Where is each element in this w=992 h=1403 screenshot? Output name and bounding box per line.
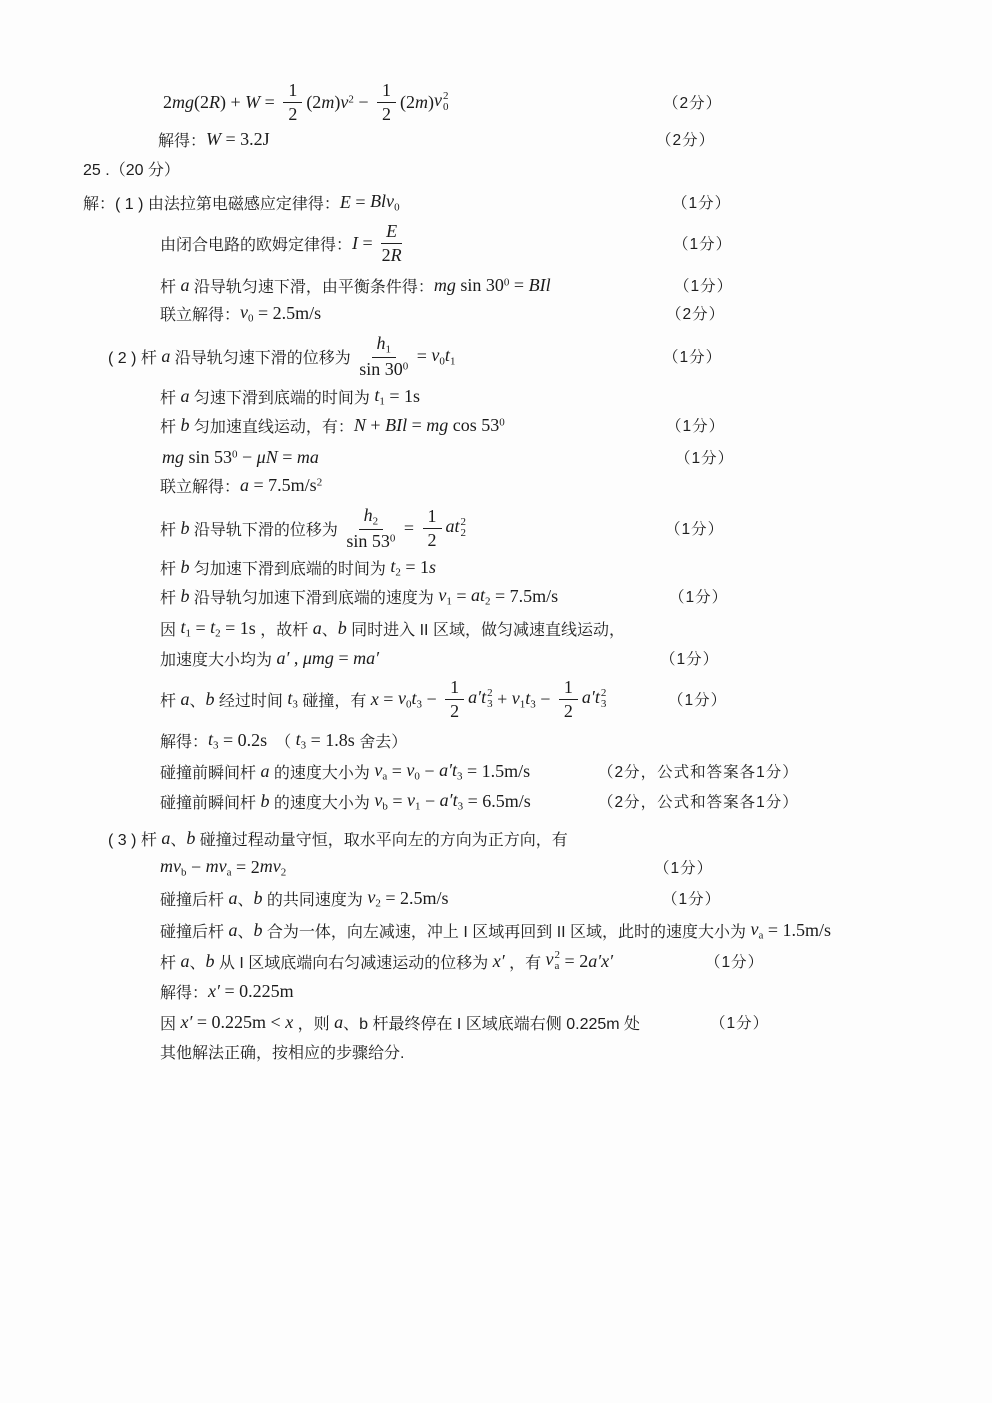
score-label: （1分） xyxy=(674,272,733,298)
math-text: 碰撞后杆 xyxy=(160,892,228,909)
fraction-numerator: 1 xyxy=(559,677,578,699)
math-text: N xyxy=(354,415,366,435)
math-text: b xyxy=(260,791,269,811)
solution-line-q25-header: 25 .（20 分） xyxy=(83,155,180,181)
math-run: − xyxy=(536,689,555,710)
math-run: = 0.225m < xyxy=(192,1012,285,1033)
math-text: 从 I 区域底端向右匀减速运动的位移为 xyxy=(214,955,492,972)
math-run: v0 xyxy=(240,302,254,324)
math-text: a xyxy=(334,1012,343,1032)
math-run: b xyxy=(253,920,262,941)
solution-line-step3-v2: 碰撞后杆 a、b 的共同速度为 v2 = 2.5m/s xyxy=(160,885,449,911)
math-run: b xyxy=(205,951,214,972)
math-text: 碰撞前瞬间杆 xyxy=(160,765,260,782)
math-text: mg xyxy=(426,415,448,435)
math-text: = 2 xyxy=(560,951,588,971)
math-text: W xyxy=(245,92,260,112)
text-run: 由闭合电路的欧姆定律得： xyxy=(160,232,352,255)
fraction: 12 xyxy=(445,677,464,720)
math-run: mg xyxy=(434,275,456,296)
math-run: = 2 xyxy=(232,857,260,878)
math-run: 1 xyxy=(288,80,297,100)
sub-sup-stack: 23 xyxy=(601,688,607,711)
math-text: ) + xyxy=(220,92,245,112)
text-run: 、 xyxy=(170,827,186,850)
math-text: 、 xyxy=(189,693,205,710)
subscript: 0 xyxy=(394,201,400,213)
math-text: 2 xyxy=(288,104,297,124)
solution-line-step2-enter-II: 因 t1 = t2 = 1s ，故杆 a、b 同时进入 II 区域，做匀减速直线… xyxy=(160,615,625,641)
math-text: v xyxy=(407,790,415,810)
text-run: 杆 xyxy=(160,688,180,711)
math-run: = xyxy=(334,648,353,669)
math-run: t3 xyxy=(208,729,219,751)
math-text: = 6.5m/s xyxy=(463,791,531,811)
math-run: W xyxy=(206,129,221,150)
math-text: 的速度大小为 xyxy=(269,765,374,782)
math-text: 2 xyxy=(564,701,573,721)
solution-line-step2-t3: 解得：t3 = 0.2s （ t3 = 1.8s 舍去） xyxy=(160,727,407,753)
math-run: 1 xyxy=(428,506,437,526)
math-text: 同时进入 II 区域，做匀减速直线运动， xyxy=(347,622,625,639)
solution-line-step2-disp-b: 杆 b 沿导轨下滑的位移为 h2sin 530 = 12at22 xyxy=(160,504,466,552)
math-run: − xyxy=(187,857,206,878)
math-text: x xyxy=(285,1012,293,1032)
math-run: a xyxy=(260,761,269,782)
math-run: = 1 xyxy=(401,557,429,578)
math-run: v1 xyxy=(512,688,526,710)
math-text: sin 30 xyxy=(456,275,504,295)
math-text: b xyxy=(180,415,189,435)
solution-line-step1-v0: 联立解得：v0 = 2.5m/s xyxy=(160,300,321,326)
solution-line-step2-a: 联立解得：a = 7.5m/s2 xyxy=(160,472,322,498)
math-text: = 3.2J xyxy=(221,129,270,149)
math-run: (2 xyxy=(400,92,415,113)
text-run: 加速度大小均为 xyxy=(160,647,276,670)
math-text: R xyxy=(391,245,402,265)
math-text: = 0.225m < xyxy=(192,1012,285,1032)
math-run: = 1s xyxy=(221,618,256,639)
math-text: 沿导轨匀加速下滑到底端的速度为 xyxy=(189,590,438,607)
solution-line-step2-vb: 碰撞前瞬间杆 b 的速度大小为 vb = v1 − a′t3 = 6.5m/s xyxy=(160,788,531,814)
score-label: （2分，公式和答案各1分） xyxy=(598,788,799,814)
math-run: b xyxy=(180,415,189,436)
text-run: 碰撞前瞬间杆 xyxy=(160,790,260,813)
superscript: 0 xyxy=(499,416,505,428)
math-run: = 2.5m/s xyxy=(381,888,449,909)
math-text: ，有 xyxy=(505,955,546,972)
math-text: E xyxy=(340,192,351,212)
math-run: t3 xyxy=(525,688,536,710)
math-text: mg xyxy=(162,447,184,467)
math-text: a′t xyxy=(439,760,457,780)
text-run: 合为一体，向左减速，冲上 I 区域再回到 II 区域，此时的速度大小为 xyxy=(262,919,750,942)
text-run: 沿导轨匀加速下滑到底端的速度为 xyxy=(189,585,438,608)
fraction-numerator: 1 xyxy=(445,677,464,699)
text-run: 的速度大小为 xyxy=(269,760,374,783)
solution-line-step2-v1: 杆 b 沿导轨匀加速下滑到底端的速度为 v1 = at2 = 7.5m/s xyxy=(160,583,558,609)
math-text: v xyxy=(434,90,442,110)
math-run: = 2 xyxy=(560,951,588,972)
math-text: a′x′ xyxy=(588,951,613,971)
math-text: h xyxy=(377,333,386,353)
math-run: b xyxy=(180,557,189,578)
math-text: BIl xyxy=(385,415,407,435)
math-run: b xyxy=(180,518,189,539)
math-text: 合为一体，向左减速，冲上 I 区域再回到 II 区域，此时的速度大小为 xyxy=(262,924,750,941)
math-text: 匀速下滑到底端的时间为 xyxy=(189,390,374,407)
fraction-numerator: h2 xyxy=(359,505,384,529)
math-text: mv xyxy=(206,856,227,876)
math-text: mg xyxy=(434,275,456,295)
fraction-numerator: E xyxy=(381,221,402,243)
math-run: = xyxy=(412,346,431,367)
math-text: 联立解得： xyxy=(160,479,240,496)
subscript: 2 xyxy=(373,516,379,528)
solution-line-step3-momentum: mvb − mva = 2mv2 xyxy=(160,854,286,880)
text-run: 碰撞，有 xyxy=(298,688,371,711)
math-run: a xyxy=(180,275,189,296)
math-text: 杆 xyxy=(160,561,180,578)
score-label: （1分） xyxy=(665,504,724,552)
math-text: = 1.5m/s xyxy=(463,761,531,781)
math-text: − xyxy=(420,761,439,781)
score-label: （1分） xyxy=(669,583,728,609)
math-text: b xyxy=(338,618,347,638)
math-run: = 1s xyxy=(385,386,420,407)
text-run: 碰撞前瞬间杆 xyxy=(160,760,260,783)
math-text: = xyxy=(260,92,279,112)
math-text: a xyxy=(228,888,237,908)
math-text: 杆 xyxy=(160,522,180,539)
subscript: 2 xyxy=(281,866,287,878)
solution-line-step2-va: 碰撞前瞬间杆 a 的速度大小为 va = v0 − a′t3 = 1.5m/s xyxy=(160,758,530,784)
math-run: at2 xyxy=(471,585,491,607)
math-run: 2 xyxy=(382,104,391,124)
math-text: 匀加速下滑到底端的时间为 xyxy=(189,561,390,578)
math-text: mv xyxy=(260,856,281,876)
math-run: 2 xyxy=(382,245,391,265)
math-text: μmg xyxy=(303,648,334,668)
math-run: v1 xyxy=(438,585,452,607)
text-run: 、b 杆最终停在 I 区域底端右侧 0.225m 处 xyxy=(343,1011,640,1034)
math-run: v2a xyxy=(546,949,561,972)
math-run: BIl xyxy=(385,415,407,436)
text-run: 、 xyxy=(237,887,253,910)
math-text: = 2.5m/s xyxy=(254,303,322,323)
text-run: ，故杆 xyxy=(256,617,313,640)
solution-line-step1-balance: 杆 a 沿导轨匀速下滑，由平衡条件得：mg sin 300 = BIl xyxy=(160,272,551,298)
fraction-denominator: 2 xyxy=(564,700,573,721)
math-run: = xyxy=(191,618,210,639)
math-run: x′ xyxy=(180,1012,192,1033)
math-run: a xyxy=(180,689,189,710)
text-run: 匀加速下滑到底端的时间为 xyxy=(189,556,390,579)
math-text: b xyxy=(205,689,214,709)
math-text: a xyxy=(180,386,189,406)
math-run: a′t3 xyxy=(440,790,463,812)
math-text: = xyxy=(379,689,398,709)
math-text: 、 xyxy=(170,832,186,849)
math-run: v0 xyxy=(398,688,412,710)
math-run: mvb xyxy=(160,856,187,878)
math-text: 的速度大小为 xyxy=(269,795,374,812)
math-run: R xyxy=(209,92,220,113)
math-run: cos 530 xyxy=(448,415,505,436)
math-text: m xyxy=(415,92,428,112)
math-text: ( 3 ) 杆 xyxy=(108,832,161,849)
math-text: 因 xyxy=(160,622,180,639)
score-label: （1分） xyxy=(662,885,721,911)
math-run: x xyxy=(285,1012,293,1033)
math-text: 杆 xyxy=(160,279,180,296)
math-text: v xyxy=(398,688,406,708)
fraction: h2sin 530 xyxy=(346,505,395,550)
math-run: b xyxy=(186,828,195,849)
subscript: 3 xyxy=(601,699,607,711)
math-run: s xyxy=(429,557,436,578)
math-text: , xyxy=(289,648,303,668)
solution-line-step1-faraday: 解：( 1 ) 由法拉第电磁感应定律得：E = Blv0 xyxy=(83,189,400,215)
math-run: a xyxy=(334,1012,343,1033)
score-label: （1分） xyxy=(666,412,725,438)
math-text: v xyxy=(546,949,554,969)
math-run: a xyxy=(161,346,170,367)
math-run: BIl xyxy=(529,275,551,296)
fraction-denominator: sin 300 xyxy=(359,358,408,379)
math-run: = 1.8s xyxy=(306,730,355,751)
math-run: v1 xyxy=(407,790,421,812)
math-text: 舍去） xyxy=(355,734,407,751)
math-run: m xyxy=(321,92,334,113)
math-run: h2 xyxy=(364,505,379,527)
solution-line-step2-t2: 杆 b 匀加速下滑到底端的时间为 t2 = 1s xyxy=(160,554,436,580)
solution-line-step2-newton: mg sin 530 − μN = ma xyxy=(162,444,319,470)
math-run: a′x′ xyxy=(588,951,613,972)
math-text: b xyxy=(253,888,262,908)
math-run: + xyxy=(366,415,385,436)
math-text: = 2 xyxy=(232,857,260,877)
math-run: b xyxy=(338,618,347,639)
fraction-numerator: 1 xyxy=(283,80,302,102)
math-text: 、 xyxy=(322,622,338,639)
math-text: b xyxy=(180,586,189,606)
math-run: μmg xyxy=(303,648,334,669)
subscript: 1 xyxy=(450,355,456,367)
math-text: at xyxy=(471,585,485,605)
math-text: （ xyxy=(267,734,295,751)
text-run: 匀速下滑到底端的时间为 xyxy=(189,385,374,408)
math-run: v0 xyxy=(406,760,420,782)
math-text: μN xyxy=(257,447,278,467)
math-run: b xyxy=(253,888,262,909)
text-run: （ xyxy=(267,729,295,752)
math-run: mg xyxy=(426,415,448,436)
text-run: ( 2 ) 杆 xyxy=(108,345,161,368)
math-run: t1 xyxy=(445,345,456,367)
math-run: v2 xyxy=(340,92,354,113)
math-text: ma′ xyxy=(353,648,379,668)
text-run: 25 .（20 分） xyxy=(83,157,180,180)
math-text: 2 xyxy=(428,530,437,550)
math-run: sin 530 xyxy=(184,447,238,468)
math-run: − xyxy=(238,447,257,468)
math-text: a xyxy=(180,689,189,709)
math-text: m xyxy=(321,92,334,112)
math-run: = 0.225m xyxy=(220,981,294,1002)
math-text: 杆 xyxy=(160,955,180,972)
math-run: 1 xyxy=(564,677,573,697)
math-run: a xyxy=(180,951,189,972)
math-run: mg xyxy=(172,92,194,113)
math-run: t2 xyxy=(210,617,221,639)
math-text: 其他解法正确，按相应的步骤给分. xyxy=(160,1045,404,1062)
fraction: 12 xyxy=(423,506,442,549)
score-label: （2分） xyxy=(666,300,725,326)
math-run: ) + xyxy=(220,92,245,113)
document-page: 2mg(2R) + W = 12(2m)v2 − 12(2m)v20（2分）解得… xyxy=(0,0,992,1403)
math-run: μN xyxy=(257,447,278,468)
math-run: 2 xyxy=(163,92,172,113)
math-text: 1 xyxy=(450,677,459,697)
math-run: v2 xyxy=(367,887,381,909)
math-run: m xyxy=(415,92,428,113)
math-text: h xyxy=(364,505,373,525)
math-run: = 0.2s xyxy=(219,730,268,751)
math-run: sin 300 xyxy=(359,359,408,379)
score-label: （1分） xyxy=(668,675,727,723)
math-run: t1 xyxy=(180,617,191,639)
text-run: 同时进入 II 区域，做匀减速直线运动， xyxy=(347,617,625,640)
math-run: a′ xyxy=(276,648,289,669)
text-run: 、 xyxy=(322,617,338,640)
math-text: 1 xyxy=(564,677,573,697)
score-label: （1分） xyxy=(660,645,719,671)
math-text: 2 xyxy=(450,701,459,721)
math-text: mv xyxy=(160,856,181,876)
math-text: R xyxy=(209,92,220,112)
fraction-numerator: 1 xyxy=(377,80,396,102)
math-text: s xyxy=(429,557,436,577)
math-text: a xyxy=(313,618,322,638)
math-text: = 0.225m xyxy=(220,981,294,1001)
math-run: W xyxy=(245,92,260,113)
superscript: 0 xyxy=(403,360,409,372)
text-run: 碰撞后杆 xyxy=(160,919,228,942)
math-run: a′t23 xyxy=(582,687,606,710)
text-run: 沿导轨匀速下滑，由平衡条件得： xyxy=(189,274,433,297)
text-run: 的共同速度为 xyxy=(262,887,367,910)
math-text: − xyxy=(422,689,441,709)
solution-line-step2-rod-b-N: 杆 b 匀加速直线运动，有：N + BIl = mg cos 530 xyxy=(160,412,505,438)
fraction-denominator: 2R xyxy=(382,244,402,265)
math-run: = xyxy=(399,518,418,539)
math-run: E xyxy=(340,192,351,213)
math-text: ( 2 ) 杆 xyxy=(108,350,161,367)
math-text: 经过时间 xyxy=(214,693,287,710)
math-text: 碰撞后杆 xyxy=(160,924,228,941)
math-text: 匀加速直线运动，有： xyxy=(189,419,353,436)
math-text: 碰撞过程动量守恒，取水平向左的方向为正方向，有 xyxy=(195,832,567,849)
math-text: = xyxy=(412,346,431,366)
text-run: 沿导轨匀速下滑的位移为 xyxy=(170,345,355,368)
math-run: a′t3 xyxy=(439,760,462,782)
math-text: b xyxy=(253,920,262,940)
math-text: at xyxy=(446,516,460,536)
fraction: 12 xyxy=(377,80,396,123)
math-run: t3 xyxy=(296,729,307,751)
math-text: 杆 xyxy=(160,590,180,607)
fraction-numerator: 1 xyxy=(423,506,442,528)
text-run: ，则 xyxy=(293,1011,334,1034)
text-run: 杆 xyxy=(160,585,180,608)
math-run: a xyxy=(161,828,170,849)
math-run: t2 xyxy=(390,556,401,578)
math-run: a′t23 xyxy=(468,687,492,710)
math-run: = 1.5m/s xyxy=(763,920,831,941)
math-text: x′ xyxy=(208,981,220,1001)
text-run: 匀加速直线运动，有： xyxy=(189,414,353,437)
math-text: ，故杆 xyxy=(256,622,313,639)
math-run: = 2.5m/s xyxy=(254,303,322,324)
sub-sup-stack: 20 xyxy=(443,91,449,114)
text-run: 碰撞后杆 xyxy=(160,887,228,910)
math-run: t3 xyxy=(287,688,298,710)
math-text: a′t xyxy=(468,687,486,707)
math-run: = xyxy=(388,791,407,812)
math-run: mva xyxy=(206,856,232,878)
math-run: 2 xyxy=(564,701,573,721)
math-run: = xyxy=(351,192,370,213)
math-text: b xyxy=(180,518,189,538)
math-text: 杆 xyxy=(160,419,180,436)
text-run: 杆 xyxy=(160,385,180,408)
text-run: 杆 xyxy=(160,556,180,579)
math-text: b xyxy=(205,951,214,971)
solution-line-step3-header: ( 3 ) 杆 a、b 碰撞过程动量守恒，取水平向左的方向为正方向，有 xyxy=(108,825,568,851)
solution-line-other-methods: 其他解法正确，按相应的步骤给分. xyxy=(160,1038,404,1064)
solution-line-step2-collision-eq: 杆 a、b 经过时间 t3 碰撞，有 x = v0t3 − 12a′t23 + … xyxy=(160,675,606,723)
math-run: = 6.5m/s xyxy=(463,791,531,812)
text-run: 因 xyxy=(160,617,180,640)
score-label: （1分） xyxy=(673,219,732,267)
math-text: cos 53 xyxy=(448,415,499,435)
solution-line-step3-xprime-eq: 杆 a、b 从 I 区域底端向右匀减速运动的位移为 x′ ，有 v2a = 2a… xyxy=(160,948,613,974)
math-text: b xyxy=(186,828,195,848)
text-run: 碰撞过程动量守恒，取水平向左的方向为正方向，有 xyxy=(195,827,567,850)
math-run: x′ xyxy=(493,951,505,972)
math-text: 沿导轨匀速下滑，由平衡条件得： xyxy=(189,279,433,296)
math-run: at22 xyxy=(446,516,467,539)
superscript: 2 xyxy=(317,476,323,488)
math-run: 2 xyxy=(288,104,297,124)
math-run: − xyxy=(420,761,439,782)
math-run: = 7.5m/s xyxy=(491,586,559,607)
text-run: 沿导轨下滑的位移为 xyxy=(189,517,342,540)
math-text: = 1.5m/s xyxy=(763,920,831,940)
math-run: mv2 xyxy=(260,856,287,878)
math-text: = 1 xyxy=(401,557,429,577)
math-text: + xyxy=(493,689,512,709)
math-text: x xyxy=(371,689,379,709)
math-text: − xyxy=(536,689,555,709)
math-text: a xyxy=(180,951,189,971)
math-text: 沿导轨匀速下滑的位移为 xyxy=(170,350,355,367)
text-run: 、 xyxy=(237,919,253,942)
superscript: 0 xyxy=(390,532,396,544)
math-run: + xyxy=(493,689,512,710)
math-run: R xyxy=(391,245,402,265)
